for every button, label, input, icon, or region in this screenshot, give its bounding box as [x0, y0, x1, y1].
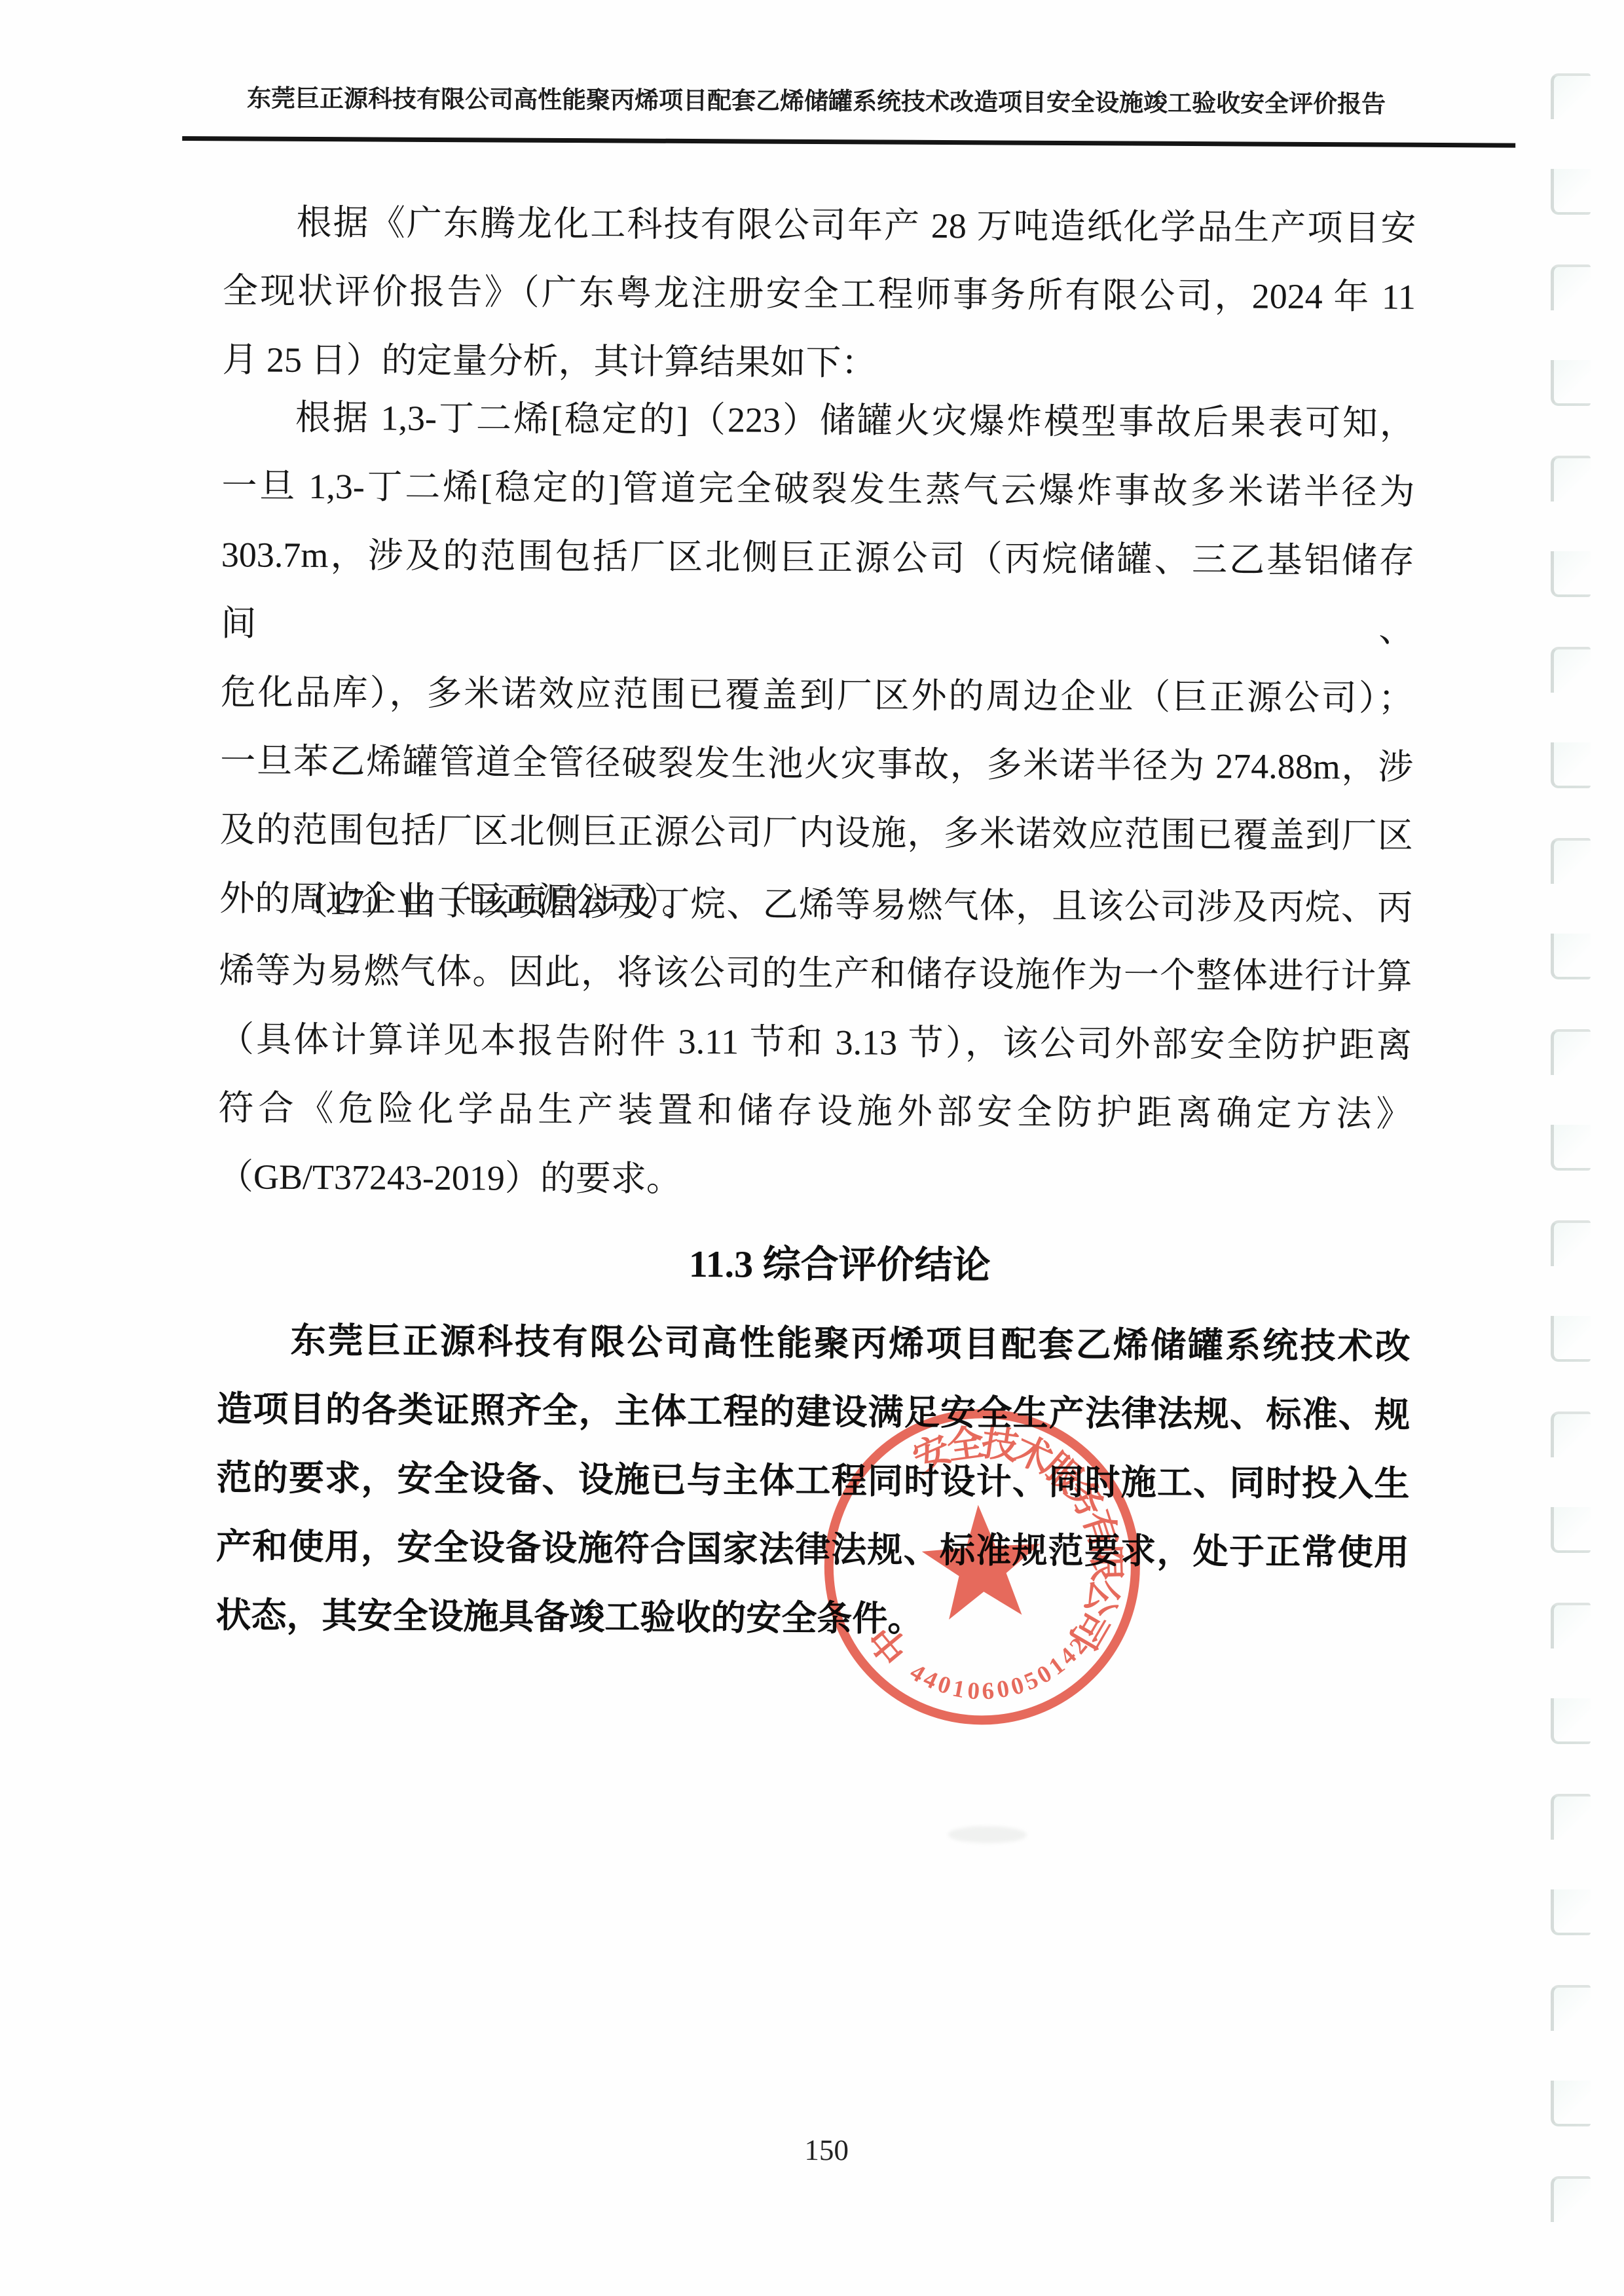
paragraph-domino-results: 根据 1,3-丁二烯[稳定的]（223）储罐火灾爆炸模型事故后果表可知， 一旦 …	[219, 383, 1415, 939]
scan-smudge	[948, 1826, 1027, 1844]
text-line: 符合《危险化学品生产装置和储存设施外部安全防护距离确定方法》	[218, 1074, 1412, 1149]
header-rule	[182, 136, 1515, 148]
seal-serial-digit: 1	[1044, 1651, 1071, 1681]
report-page: 东莞巨正源科技有限公司高性能聚丙烯项目配套乙烯储罐系统技术改造项目安全设施竣工验…	[0, 0, 1624, 2296]
text-line: 全现状评价报告》（广东粤龙注册安全工程师事务所有限公司，2024 年 11	[223, 257, 1416, 332]
text-line: 根据《广东腾龙化工科技有限公司年产 28 万吨造纸化学品生产项目安	[223, 188, 1416, 263]
text-line: 危化品库），多米诺效应范围已覆盖到厂区外的周边企业（巨正源公司）；	[221, 658, 1414, 733]
seal-serial-digit: 6	[982, 1677, 995, 1705]
text-line: 一旦苯乙烯罐管道全管径破裂发生池火灾事故，多米诺半径为 274.88m，涉	[220, 727, 1414, 802]
seal-serial-digit: 0	[934, 1670, 955, 1701]
section-heading-11-3: 11.3 综合评价结论	[0, 1230, 1622, 1293]
text-line: （17）由于该项目涉及丁烷、乙烯等易燃气体，且该公司涉及丙烷、丙	[219, 867, 1413, 943]
seal-serial-digit: 0	[995, 1675, 1011, 1704]
seal-serial-digit: 0	[967, 1677, 980, 1705]
paragraph-conclusion: 东莞巨正源科技有限公司高性能聚丙烯项目配套乙烯储罐系统技术改 造项目的各类证照齐…	[215, 1306, 1411, 1656]
text-line: 产和使用，安全设备设施符合国家法律法规、标准规范要求，处于正常使用	[216, 1512, 1410, 1588]
text-line: 状态，其安全设施具备竣工验收的安全条件。	[215, 1581, 1409, 1656]
page-number: 150	[0, 2128, 1617, 2171]
seal-serial-digit: 1	[950, 1674, 967, 1704]
seal-serial-digit: 4	[905, 1658, 930, 1688]
text-line: 根据 1,3-丁二烯[稳定的]（223）储罐火灾爆炸模型事故后果表可知，	[222, 383, 1416, 458]
text-line: 东莞巨正源科技有限公司高性能聚丙烯项目配套乙烯储罐系统技术改	[217, 1306, 1411, 1381]
paragraph-item-17: （17）由于该项目涉及丁烷、乙烯等易燃气体，且该公司涉及丙烷、丙 烯等为易燃气体…	[218, 867, 1413, 1218]
seal-serial-digit: 0	[1008, 1671, 1027, 1701]
text-line: 造项目的各类证照齐全，主体工程的建设满足安全生产法律法规、标准、规	[217, 1375, 1411, 1450]
page-header-title: 东莞巨正源科技有限公司高性能聚丙烯项目配套乙烯储罐系统技术改造项目安全设施竣工验…	[4, 77, 1624, 121]
paragraph-quantitative-analysis: 根据《广东腾龙化工科技有限公司年产 28 万吨造纸化学品生产项目安 全现状评价报…	[222, 188, 1416, 401]
text-line: 303.7m，涉及的范围包括厂区北侧巨正源公司（丙烷储罐、三乙基铝储存间、	[221, 520, 1414, 665]
text-line: （具体计算详见本报告附件 3.11 节和 3.13 节），该公司外部安全防护距离	[219, 1005, 1412, 1080]
text-line: 烯等为易燃气体。因此，将该公司的生产和储存设施作为一个整体进行计算	[219, 936, 1412, 1011]
seal-serial-digit: 0	[1032, 1659, 1057, 1689]
text-line: （GB/T37243-2019）的要求。	[218, 1142, 1412, 1218]
seal-serial-digit: 5	[1020, 1666, 1043, 1696]
text-line: 及的范围包括厂区北侧巨正源公司厂内设施，多米诺效应范围已覆盖到厂区	[219, 795, 1413, 871]
scanned-content: 东莞巨正源科技有限公司高性能聚丙烯项目配套乙烯储罐系统技术改造项目安全设施竣工验…	[0, 0, 1624, 2296]
text-line: 范的要求，安全设备、设施已与主体工程同时设计、同时施工、同时投入生	[216, 1444, 1410, 1519]
text-line: 一旦 1,3-丁二烯[稳定的]管道完全破裂发生蒸气云爆炸事故多米诺半径为	[221, 452, 1415, 527]
seal-serial-digit: 4	[919, 1665, 942, 1696]
